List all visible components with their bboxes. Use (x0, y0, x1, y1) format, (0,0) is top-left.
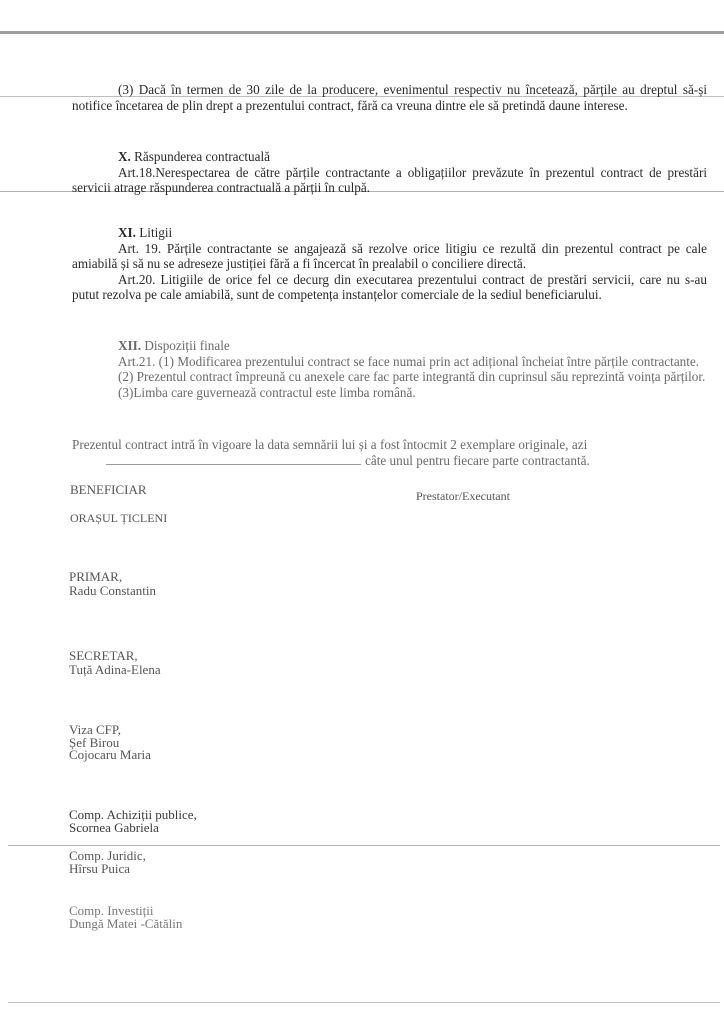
signatory-name: Cojocaru Maria (69, 749, 151, 762)
article-19: Art. 19. Părțile contractante se angajea… (72, 241, 707, 272)
closing-text: Prezentul contract intră în vigoare la d… (72, 437, 707, 453)
signatory-achizitii: Comp. Achiziții publice, Scornea Gabriel… (69, 809, 197, 834)
article-17-paragraph-3: (3) Dacă în termen de 30 zile de la prod… (72, 82, 707, 113)
signatory-name: Scornea Gabriela (69, 822, 197, 835)
paragraph-text: (3) Dacă în termen de 30 zile de la prod… (72, 82, 707, 113)
section-number: XI. (118, 225, 136, 240)
section-number: XII. (118, 338, 141, 353)
section-title: Litigii (139, 225, 172, 240)
signatory-investitii: Comp. Investiții Dungă Matei -Cătălin (69, 905, 182, 930)
provider-label: Prestator/Executant (416, 490, 510, 504)
article-21-paragraph-2: (2) Prezentul contract împreună cu anexe… (72, 369, 707, 385)
article-18: Art.18.Nerespectarea de către părțile co… (72, 165, 707, 196)
signatory-cfp: Viza CFP, Șef Birou Cojocaru Maria (69, 724, 151, 762)
section-xii: XII. Dispoziții finale Art.21. (1) Modif… (72, 338, 707, 400)
signatory-role: PRIMAR, (69, 570, 156, 584)
beneficiary-label: BENEFICIAR (70, 483, 147, 497)
section-xi: XI. Litigii Art. 19. Părțile contractant… (72, 225, 707, 303)
article-21-paragraph-1: Art.21. (1) Modificarea prezentului cont… (72, 354, 707, 370)
section-heading: XII. Dispoziții finale (72, 338, 707, 354)
closing-text: câte unul pentru fiecare parte contracta… (365, 453, 590, 468)
scan-top-edge (0, 31, 724, 34)
closing-line-2: câte unul pentru fiecare parte contracta… (72, 453, 707, 469)
section-title: Dispoziții finale (144, 338, 229, 353)
section-heading: XI. Litigii (72, 225, 707, 241)
section-number: X. (118, 149, 131, 164)
signatory-name: Radu Constantin (69, 584, 156, 598)
scan-fold-line (8, 845, 720, 846)
article-21-paragraph-3: (3)Limba care guvernează contractul este… (72, 385, 707, 401)
signatory-primar: PRIMAR, Radu Constantin (69, 570, 156, 597)
signatory-name: Dungă Matei -Cătălin (69, 918, 182, 931)
beneficiary-name: ORAȘUL ȚICLENI (70, 512, 167, 526)
section-title: Răspunderea contractuală (134, 149, 270, 164)
scan-bottom-edge (8, 1002, 720, 1003)
signatory-juridic: Comp. Juridic, Hîrsu Puica (69, 850, 146, 875)
article-20: Art.20. Litigiile de orice fel ce decurg… (72, 272, 707, 303)
signatory-name: Tuță Adina-Elena (69, 663, 161, 677)
signatory-name: Hîrsu Puica (69, 863, 146, 876)
signatory-secretar: SECRETAR, Tuță Adina-Elena (69, 649, 161, 676)
section-heading: X. Răspunderea contractuală (72, 149, 707, 165)
date-blank-line (106, 464, 361, 465)
section-x: X. Răspunderea contractuală Art.18.Neres… (72, 149, 707, 196)
signatory-role: SECRETAR, (69, 649, 161, 663)
closing-clause: Prezentul contract intră în vigoare la d… (72, 437, 707, 468)
